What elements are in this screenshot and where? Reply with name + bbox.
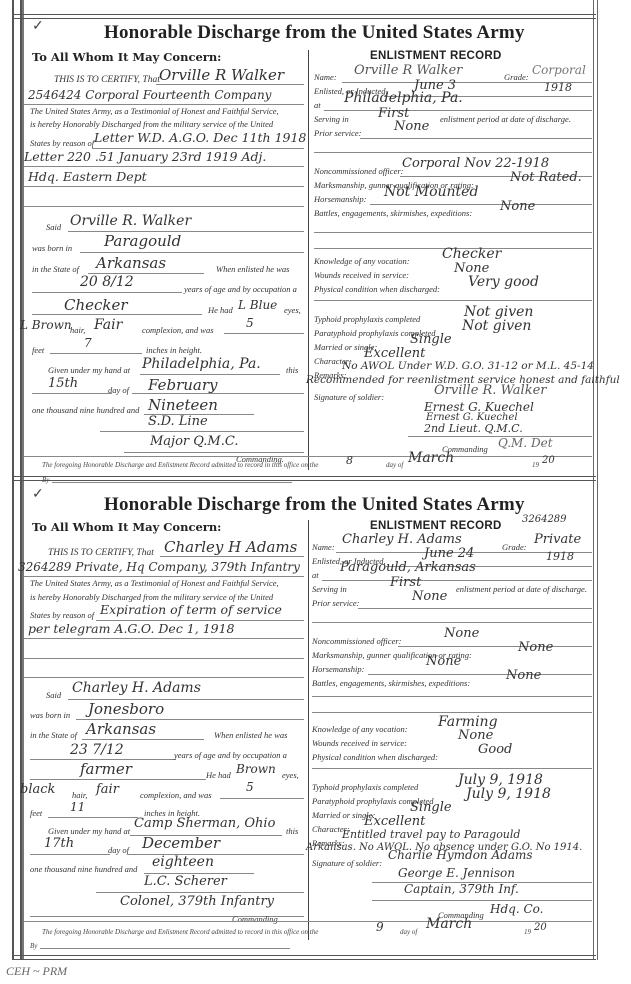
age: 23 7/12 — [70, 742, 124, 758]
er-serving: First — [390, 575, 421, 590]
height-inches: 7 — [84, 336, 92, 350]
hair: L Brown — [20, 318, 72, 332]
er-nco: Corporal Nov 22-1918 — [402, 156, 549, 171]
discharge-records-page: ✓ Honorable Discharge from the United St… — [0, 0, 631, 984]
discharge-form-1: ✓ Honorable Discharge from the United St… — [24, 18, 592, 476]
state-label: in the State of — [30, 730, 77, 740]
inches-label: inches in height. — [146, 345, 202, 355]
record-footer-year: 20 — [534, 922, 547, 933]
feet-label: feet — [32, 345, 44, 355]
er-name: Charley H. Adams — [342, 532, 462, 547]
given-label: Given under my hand at — [48, 826, 130, 836]
reason-label: States by reason of — [30, 138, 94, 148]
er-signature: Orville R. Walker — [434, 383, 547, 398]
er-battles: None — [506, 668, 541, 683]
hair: black — [20, 782, 55, 797]
year-label: one thousand nine hundred and — [32, 405, 139, 415]
record-footer-day-label: day of — [400, 928, 417, 936]
record-footer-text: The foregoing Honorable Discharge and En… — [42, 928, 318, 936]
record-footer-day-label: day of — [386, 461, 403, 469]
signer-name: S.D. Line — [148, 414, 208, 429]
year-word: eighteen — [152, 854, 214, 870]
er-nco-label: Noncommissioned officer: — [312, 636, 401, 646]
height-feet: 5 — [246, 316, 254, 330]
reason-line-1: Letter W.D. A.G.O. Dec 11th 1918 — [94, 130, 306, 145]
said-label: Said — [46, 690, 61, 700]
age-label: years of age and by occupation a — [184, 284, 297, 294]
er-nco-label: Noncommissioned officer: — [314, 166, 403, 176]
day: 17th — [44, 836, 74, 851]
complexion: Fair — [94, 317, 122, 333]
er-name-label: Name: — [314, 72, 337, 82]
age-label: years of age and by occupation a — [174, 750, 287, 760]
er-enlisted-date: June 24 — [424, 546, 474, 561]
er-physical: Very good — [468, 274, 539, 290]
state: Arkansas — [96, 254, 166, 272]
er-remarks-1: No AWOL Under W.D. G.O. 31-12 or M.L. 45… — [342, 360, 594, 372]
year-label: one thousand nine hundred and — [30, 864, 137, 874]
er-wounds-label: Wounds received in service: — [312, 738, 407, 748]
said-name: Charley H. Adams — [72, 680, 201, 696]
eyes-label: He had — [208, 305, 233, 315]
eyes: L Blue — [238, 298, 277, 312]
er-serving-label: Serving in — [312, 584, 347, 594]
er-serving-suffix: enlistment period at date of discharge. — [440, 114, 571, 124]
er-physical-label: Physical condition when discharged: — [314, 284, 440, 294]
er-married: Single — [410, 800, 452, 815]
er-signature: Charlie Hymdon Adams — [388, 848, 533, 862]
er-commanding-unit: Hdq. Co. — [490, 902, 543, 916]
record-footer-month: March — [408, 450, 454, 466]
er-character: Excellent — [364, 814, 425, 829]
check-mark-icon: ✓ — [32, 486, 44, 503]
record-footer-year-prefix: 19 — [524, 928, 531, 936]
age: 20 8/12 — [80, 274, 134, 290]
concern-heading: To All Whom It May Concern: — [32, 50, 221, 64]
er-prior-label: Prior service: — [312, 598, 359, 608]
form-title: Honorable Discharge from the United Stat… — [104, 494, 525, 516]
signer-name: L.C. Scherer — [144, 874, 227, 889]
year-word: Nineteen — [148, 396, 218, 414]
er-prior: None — [412, 589, 447, 604]
er-at-label: at — [312, 570, 319, 580]
born-place: Jonesboro — [88, 700, 164, 718]
er-serving-label: Serving in — [314, 114, 349, 124]
er-battles: None — [500, 199, 535, 214]
er-battles-label: Battles, engagements, skirmishes, expedi… — [312, 678, 470, 688]
enlistment-record-heading: ENLISTMENT RECORD — [370, 520, 502, 532]
er-married: Single — [410, 332, 452, 347]
er-grade: Private — [534, 532, 581, 547]
er-wounds: None — [458, 728, 493, 743]
enlisted-age-label: When enlisted he was — [214, 730, 287, 740]
testimonial-text: The United States Army, as a Testimonial… — [30, 106, 279, 116]
service-line: 3264289 Private, Hq Company, 379th Infan… — [18, 560, 300, 574]
record-footer-year: 20 — [542, 455, 555, 466]
er-knowledge-label: Knowledge of any vocation: — [312, 724, 408, 734]
er-at-place: Paragould, Arkansas — [340, 560, 476, 575]
commanding-label: Commanding. — [232, 914, 280, 924]
complexion: fair — [96, 782, 119, 797]
record-footer-year-prefix: 19 — [532, 461, 539, 469]
by-label: By — [30, 942, 37, 950]
reason-label: States by reason of — [30, 610, 94, 620]
er-prior: None — [394, 119, 429, 134]
hair-label: hair, — [72, 790, 87, 800]
er-paratyphoid: July 9, 1918 — [466, 786, 551, 802]
er-enlisted-year: 1918 — [546, 550, 574, 563]
er-physical: Good — [478, 742, 512, 757]
born-label: was born in — [30, 710, 70, 720]
enlistment-record-heading: ENLISTMENT RECORD — [370, 50, 502, 62]
signer-title: Major Q.M.C. — [150, 434, 238, 449]
reason-line-2: Letter 220 .51 January 23rd 1919 Adj. — [24, 149, 266, 164]
er-grade: Corporal — [532, 63, 586, 77]
given-place: Camp Sherman, Ohio — [134, 816, 275, 831]
signer-title: Colonel, 379th Infantry — [120, 894, 274, 909]
said-name: Orville R. Walker — [70, 213, 191, 229]
er-horse-label: Horsemanship: — [314, 194, 366, 204]
occupation: farmer — [80, 760, 132, 778]
er-knowledge: Checker — [442, 246, 501, 262]
er-grade-label: Grade: — [504, 72, 529, 82]
month: February — [148, 376, 218, 394]
certify-name: Charley H Adams — [164, 538, 297, 556]
archive-stamp: CEH ~ PRM — [6, 964, 67, 979]
certify-label: THIS IS TO CERTIFY, That — [48, 548, 154, 558]
record-footer-day: 9 — [376, 920, 384, 934]
given-label: Given under my hand at — [48, 365, 130, 375]
height-feet: 5 — [246, 780, 254, 794]
er-commanding-unit: Q.M. Det — [498, 436, 553, 450]
complexion-label: complexion, and was — [140, 790, 212, 800]
concern-heading: To All Whom It May Concern: — [32, 520, 221, 534]
er-horse: Not Mounted — [384, 184, 478, 200]
reason-line-1: Expiration of term of service — [100, 602, 282, 617]
er-at-place: Philadelphia, Pa. — [344, 90, 463, 106]
er-nco: None — [444, 626, 479, 641]
eyes-suffix: eyes, — [282, 770, 299, 780]
er-physical-label: Physical condition when discharged: — [312, 752, 438, 762]
height-inches: 11 — [70, 800, 85, 814]
form-title: Honorable Discharge from the United Stat… — [104, 22, 525, 44]
certify-label: THIS IS TO CERTIFY, That — [54, 75, 160, 85]
enlisted-age-label: When enlisted he was — [216, 264, 289, 274]
hair-label: hair, — [70, 325, 85, 335]
reason-line-3: Hdq. Eastern Dept — [28, 169, 147, 184]
er-officer-1: George E. Jennison — [398, 866, 515, 880]
record-footer-day: 8 — [346, 454, 353, 467]
er-enlisted-year: 1918 — [544, 81, 572, 94]
certify-name: Orville R Walker — [159, 66, 284, 84]
service-line: 2546424 Corporal Fourteenth Company — [28, 88, 271, 102]
month: December — [142, 834, 220, 852]
er-horse-label: Horsemanship: — [312, 664, 364, 674]
er-remarks-1: Entitled travel pay to Paragould — [342, 828, 520, 841]
column-divider — [308, 520, 309, 940]
er-character: Excellent — [364, 346, 425, 361]
discharged-text: is hereby Honorably Discharged from the … — [30, 119, 273, 129]
complexion-label: complexion, and was — [142, 325, 214, 335]
eyes-suffix: eyes, — [284, 305, 301, 315]
check-mark-icon: ✓ — [32, 18, 44, 35]
er-officer-2: Captain, 379th Inf. — [404, 882, 519, 896]
er-typhoid-label: Typhoid prophylaxis completed — [314, 314, 420, 324]
eyes: Brown — [236, 762, 276, 776]
er-signature-label: Signature of soldier: — [314, 392, 384, 402]
discharge-form-2: ✓ Honorable Discharge from the United St… — [24, 480, 592, 956]
er-marks: None — [518, 640, 553, 655]
er-officer-3: 2nd Lieut. Q.M.C. — [424, 422, 523, 435]
reason-line-2: per telegram A.G.O. Dec 1, 1918 — [28, 621, 235, 636]
day: 15th — [48, 376, 78, 391]
state: Arkansas — [86, 720, 156, 738]
record-footer-text: The foregoing Honorable Discharge and En… — [42, 461, 318, 469]
er-grade-label: Grade: — [502, 542, 527, 552]
testimonial-text: The United States Army, as a Testimonial… — [30, 578, 279, 588]
er-paratyphoid: Not given — [462, 318, 531, 334]
er-at-label: at — [314, 100, 321, 110]
er-name: Orville R Walker — [354, 63, 462, 78]
eyes-label: He had — [206, 770, 231, 780]
er-prior-label: Prior service: — [314, 128, 361, 138]
born-place: Paragould — [104, 232, 181, 250]
er-battles-label: Battles, engagements, skirmishes, expedi… — [314, 208, 472, 218]
state-label: in the State of — [32, 264, 79, 274]
day-label: day of — [108, 845, 129, 855]
column-divider — [308, 50, 309, 470]
said-label: Said — [46, 222, 61, 232]
er-name-label: Name: — [312, 542, 335, 552]
er-knowledge-label: Knowledge of any vocation: — [314, 256, 410, 266]
occupation: Checker — [64, 296, 128, 314]
record-footer-month: March — [426, 916, 472, 932]
day-label: day of — [108, 385, 129, 395]
er-typhoid-label: Typhoid prophylaxis completed — [312, 782, 418, 792]
born-label: was born in — [32, 243, 72, 253]
given-place: Philadelphia, Pa. — [142, 356, 261, 372]
feet-label: feet — [30, 808, 42, 818]
this-label: this — [286, 826, 298, 836]
this-label: this — [286, 365, 298, 375]
er-wounds-label: Wounds received in service: — [314, 270, 409, 280]
er-serving-suffix: enlistment period at date of discharge. — [456, 584, 587, 594]
er-marks: Not Rated. — [510, 170, 582, 185]
er-horse: None — [426, 654, 461, 669]
er-service-number: 3264289 — [522, 514, 567, 525]
discharged-text: is hereby Honorably Discharged from the … — [30, 592, 273, 602]
er-signature-label: Signature of soldier: — [312, 858, 382, 868]
